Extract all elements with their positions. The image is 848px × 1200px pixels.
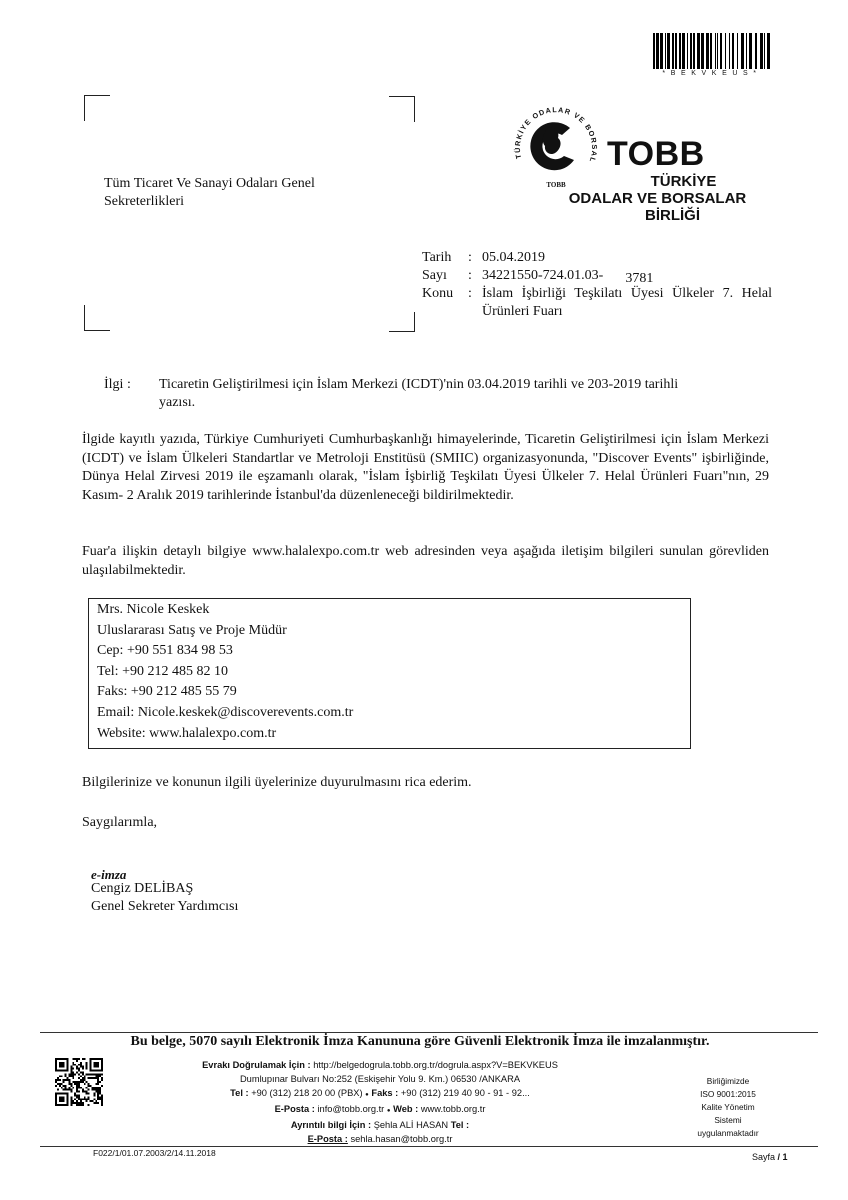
organization-name-line-2: ODALAR VE BORSALAR: [555, 190, 760, 207]
number-value: 34221550-724.01.03-: [482, 268, 603, 283]
contact-info-box: Mrs. Nicole Keskek Uluslararası Satış ve…: [88, 598, 691, 749]
number-separator: :: [466, 267, 482, 285]
number-suffix: 3781: [625, 271, 653, 286]
contact-fax: Faks: +90 212 485 55 79: [97, 682, 690, 703]
letter-metadata: Tarih : 05.04.2019 Sayı : 34221550-724.0…: [422, 249, 772, 321]
logo-acronym: TOBB: [607, 136, 705, 172]
address-window-corner-top-left: [84, 95, 110, 121]
closing-request: Bilgilerinize ve konunun ilgili üyelerin…: [82, 774, 472, 792]
subject-label: Konu: [422, 285, 466, 321]
organization-name-line-1: TÜRKİYE: [555, 173, 760, 190]
e-signature-notice: Bu belge, 5070 sayılı Elektronik İmza Ka…: [90, 1033, 750, 1051]
reference-label: İlgi :: [104, 376, 131, 394]
iso-certification-note: Birliğimizde ISO 9001:2015 Kalite Yöneti…: [678, 1075, 778, 1140]
body-paragraph-2: Fuar'a ilişkin detaylı bilgiye www.halal…: [82, 543, 769, 580]
date-separator: :: [466, 249, 482, 267]
organization-name-line-3: BİRLİĞİ: [555, 207, 760, 224]
signer-title: Genel Sekreter Yardımcısı: [91, 898, 238, 916]
barcode-bars: [653, 33, 771, 69]
subject-row: Konu : İslam İşbirliği Teşkilatı Üyesi Ü…: [422, 285, 772, 321]
detail-email-line: E-Posta : sehla.hasan@tobb.org.tr: [180, 1132, 580, 1146]
contact-email: Email: Nicole.keskek@discoverevents.com.…: [97, 703, 690, 724]
verify-line: Evrakı Doğrulamak İçin : http://belgedog…: [180, 1058, 580, 1072]
form-code: F022/1/01.07.2003/2/14.11.2018: [93, 1148, 216, 1158]
detail-email-link[interactable]: sehla.hasan@tobb.org.tr: [350, 1134, 452, 1144]
number-row: Sayı : 34221550-724.01.03-3781: [422, 267, 772, 285]
closing-regards: Saygılarımla,: [82, 814, 157, 832]
bullet-icon: ●: [387, 1108, 391, 1114]
detail-contact-line: Ayrıntılı bilgi İçin : Şehla ALİ HASAN T…: [180, 1118, 580, 1132]
phone-fax-line: Tel : +90 (312) 218 20 00 (PBX) ● Faks :…: [180, 1086, 580, 1102]
email-web-line: E-Posta : info@tobb.org.tr ● Web : www.t…: [180, 1102, 580, 1118]
bullet-icon: ●: [365, 1092, 369, 1098]
address-window-corner-bottom-left: [84, 305, 110, 331]
contact-website: Website: www.halalexpo.com.tr: [97, 724, 690, 745]
footer-contact-info: Evrakı Doğrulamak İçin : http://belgedog…: [180, 1058, 580, 1146]
date-value: 05.04.2019: [482, 249, 772, 267]
qr-code-icon: [55, 1058, 103, 1106]
reference-section: İlgi : Ticaretin Geliştirilmesi için İsl…: [104, 376, 704, 412]
footer-email-link[interactable]: info@tobb.org.tr: [317, 1104, 384, 1114]
contact-position: Uluslararası Satış ve Proje Müdür: [97, 621, 690, 642]
contact-mobile: Cep: +90 551 834 98 53: [97, 641, 690, 662]
number-label: Sayı: [422, 267, 466, 285]
signer-name: Cengiz DELİBAŞ: [91, 880, 238, 898]
signer-block: Cengiz DELİBAŞ Genel Sekreter Yardımcısı: [91, 880, 238, 916]
recipient-line-1: Tüm Ticaret Ve Sanayi Odaları Genel: [104, 175, 404, 193]
recipient-line-2: Sekreterlikleri: [104, 193, 404, 211]
contact-name: Mrs. Nicole Keskek: [97, 600, 690, 621]
subject-value: İslam İşbirliği Teşkilatı Üyesi Ülkeler …: [482, 285, 772, 321]
verify-url[interactable]: http://belgedogrula.tobb.org.tr/dogrula.…: [313, 1060, 558, 1070]
date-label: Tarih: [422, 249, 466, 267]
contact-phone: Tel: +90 212 485 82 10: [97, 662, 690, 683]
barcode-text: *BEKVKEUS*: [653, 70, 771, 77]
subject-separator: :: [466, 285, 482, 321]
address-window-corner-top-right: [389, 96, 415, 122]
reference-text: Ticaretin Geliştirilmesi için İslam Merk…: [159, 376, 699, 412]
address-line: Dumlupınar Bulvarı No:252 (Eskişehir Yol…: [180, 1072, 580, 1086]
document-barcode: *BEKVKEUS*: [653, 33, 771, 75]
footer-web-link[interactable]: www.tobb.org.tr: [421, 1104, 486, 1114]
address-window-corner-bottom-right: [389, 312, 415, 332]
organization-name: TÜRKİYE ODALAR VE BORSALAR BİRLİĞİ: [555, 173, 760, 224]
body-paragraph-1: İlgide kayıtlı yazıda, Türkiye Cumhuriye…: [82, 431, 769, 505]
date-row: Tarih : 05.04.2019: [422, 249, 772, 267]
page-number: Sayfa / 1: [752, 1152, 788, 1162]
recipient-address: Tüm Ticaret Ve Sanayi Odaları Genel Sekr…: [104, 175, 404, 211]
